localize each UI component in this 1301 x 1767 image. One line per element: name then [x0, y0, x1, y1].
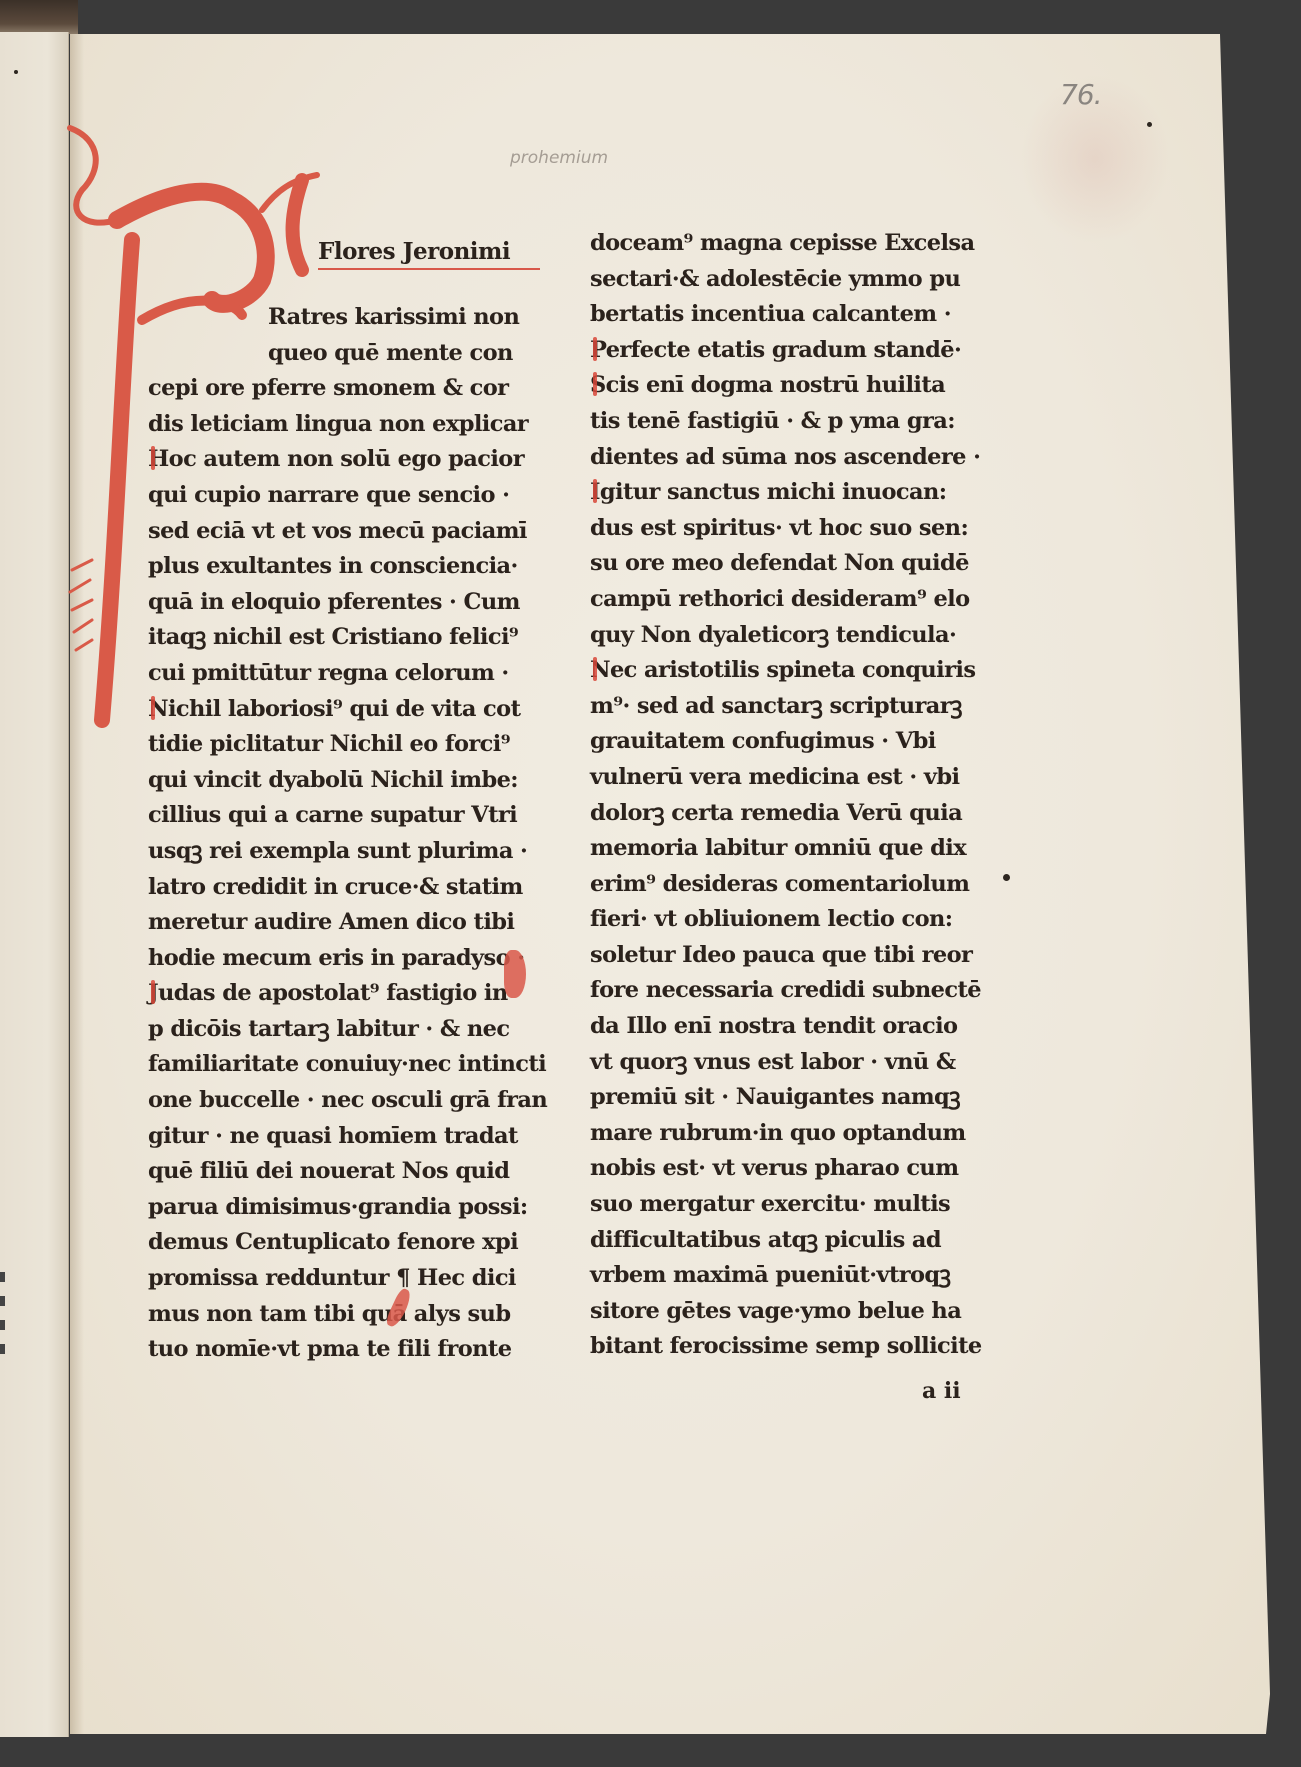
text-line: Igitur sanctus michi inuocan:	[590, 475, 970, 511]
text-line: soletur Ideo pauca que tibi reor	[590, 938, 970, 974]
text-line: Nichil laboriosi⁹ qui de vita cot	[148, 692, 528, 728]
text-line: difficultatibus atqꝫ piculis ad	[590, 1223, 970, 1259]
facing-page-marks	[0, 1272, 6, 1372]
text-line: dis leticiam lingua non explicar	[148, 407, 528, 443]
text-line: p dicōis tartarꝫ labitur · & nec	[148, 1012, 528, 1048]
text-line: Perfecte etatis gradum standē·	[590, 333, 970, 369]
text-line: fore necessaria credidi subnectē	[590, 973, 970, 1009]
text-line: latro credidit in cruce·& statim	[148, 870, 528, 906]
text-line: vulnerū vera medicina est · vbi	[590, 760, 970, 796]
text-line: sitore gētes vage·ymo belue ha	[590, 1294, 970, 1330]
rubrication-mark	[504, 950, 526, 998]
text-line: qui cupio narrare que sencio ·	[148, 478, 528, 514]
text-line: Scis enī dogma nostrū huilita	[590, 368, 970, 404]
text-line: quā in eloquio pferentes · Cum	[148, 585, 528, 621]
text-line: campū rethorici desideram⁹ elo	[590, 582, 970, 618]
text-line: promissa redduntur ¶ Hec dici	[148, 1261, 528, 1297]
ink-speck	[1147, 122, 1152, 127]
text-line: premiū sit · Nauigantes namqꝫ	[590, 1080, 970, 1116]
text-line: sed eciā vt et vos mecū paciamī	[148, 514, 528, 550]
text-line: Ratres karissimi non	[148, 300, 528, 336]
text-line: tis tenē fastigiū · & p yma gra:	[590, 404, 970, 440]
text-line: suo mergatur exercitu· multis	[590, 1187, 970, 1223]
text-line: bertatis incentiua calcantem ·	[590, 297, 970, 333]
text-line: memoria labitur omniū que dix	[590, 831, 970, 867]
ink-speck	[14, 70, 18, 74]
text-line: fieri· vt obliuionem lectio con:	[590, 902, 970, 938]
text-line: one buccelle · nec osculi grā fran	[148, 1083, 528, 1119]
text-line: sectari·& adolestēcie ymmo pu	[590, 262, 970, 298]
section-heading: Flores Jeronimi	[318, 238, 510, 265]
ink-speck	[1003, 874, 1010, 881]
text-line: meretur audire Amen dico tibi	[148, 905, 528, 941]
text-line: dolorꝫ certa remedia Verū quia	[590, 796, 970, 832]
text-line: nobis est· vt verus pharao cum	[590, 1151, 970, 1187]
text-line: qui vincit dyabolū Nichil imbe:	[148, 763, 528, 799]
text-line: Hoc autem non solū ego pacior	[148, 442, 528, 478]
text-line: erim⁹ desideras comentariolum	[590, 867, 970, 903]
text-line: da Illo enī nostra tendit oracio	[590, 1009, 970, 1045]
text-line: vt quorꝫ vnus est labor · vnū &	[590, 1045, 970, 1081]
text-line: dientes ad sūma nos ascendere ·	[590, 440, 970, 476]
text-line: bitant ferocissime semp sollicite	[590, 1329, 970, 1365]
text-line: cillius qui a carne supatur Vtri	[148, 798, 528, 834]
text-line: quy Non dyaleticorꝫ tendicula·	[590, 618, 970, 654]
text-line: vrbem maximā pueniūt·vtroqꝫ	[590, 1258, 970, 1294]
folio-number: 76.	[1060, 78, 1102, 111]
facing-page-edge	[0, 32, 69, 1737]
text-line: m⁹· sed ad sanctarꝫ scripturarꝫ	[590, 689, 970, 725]
text-column-left: Ratres karissimi non queo quē mente con …	[148, 300, 528, 1368]
text-line: demus Centuplicato fenore xpi	[148, 1225, 528, 1261]
text-line: parua dimisimus·grandia possi:	[148, 1190, 528, 1226]
text-line: gitur · ne quasi homīem tradat	[148, 1119, 528, 1155]
text-line: dus est spiritus· vt hoc suo sen:	[590, 511, 970, 547]
text-line: su ore meo defendat Non quidē	[590, 546, 970, 582]
text-line: plus exultantes in consciencia·	[148, 549, 528, 585]
text-line: doceam⁹ magna cepisse Excelsa	[590, 226, 970, 262]
text-line: mus non tam tibi quā alys sub	[148, 1297, 528, 1333]
text-line: Nec aristotilis spineta conquiris	[590, 653, 970, 689]
marginal-note: prohemium	[510, 148, 608, 168]
text-line: mare rubrum·in quo optandum	[590, 1116, 970, 1152]
text-column-right: doceam⁹ magna cepisse Excelsa sectari·& …	[590, 226, 970, 1365]
text-line: grauitatem confugimus · Vbi	[590, 724, 970, 760]
text-line: tuo nomīe·vt pma te fili fronte	[148, 1332, 528, 1368]
text-line: quē filiū dei nouerat Nos quid	[148, 1154, 528, 1190]
text-line: Judas de apostolat⁹ fastigio in	[148, 976, 528, 1012]
text-line: familiaritate conuiuy·nec intincti	[148, 1047, 528, 1083]
text-line: cepi ore pferre smonem & cor	[148, 371, 528, 407]
text-line: queo quē mente con	[148, 336, 528, 372]
book-binding-edge	[0, 0, 78, 34]
text-line: cui pmittūtur regna celorum ·	[148, 656, 528, 692]
signature-mark: a ii	[922, 1378, 961, 1404]
text-line: hodie mecum eris in paradyso ·	[148, 941, 528, 977]
text-line: tidie piclitatur Nichil eo forci⁹	[148, 727, 528, 763]
text-line: itaqꝫ nichil est Cristiano felici⁹	[148, 620, 528, 656]
text-line: usqꝫ rei exempla sunt plurima ·	[148, 834, 528, 870]
heading-rule	[318, 268, 540, 270]
